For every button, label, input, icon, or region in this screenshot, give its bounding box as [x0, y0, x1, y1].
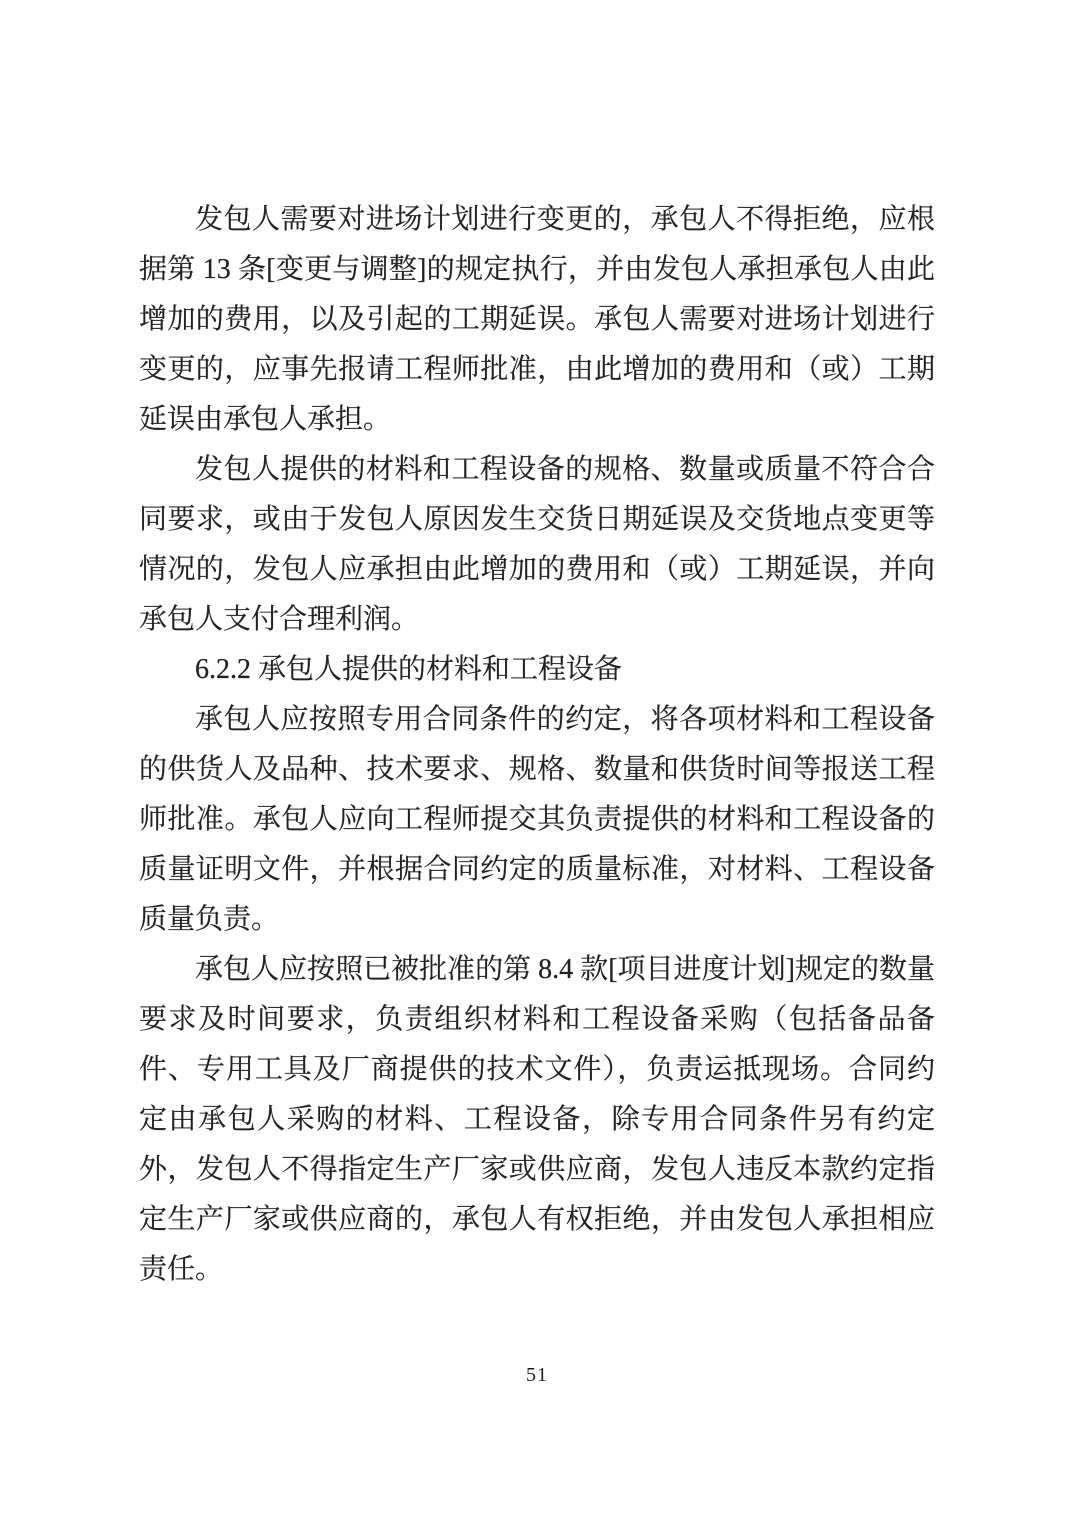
paragraph-contractor-procurement-obligations: 承包人应按照已被批准的第 8.4 款[项目进度计划]规定的数量要求及时间要求，负…	[139, 945, 935, 1295]
paragraph-employer-site-entry-plan-change: 发包人需要对进场计划进行变更的，承包人不得拒绝，应根据第 13 条[变更与调整]…	[139, 195, 935, 445]
document-body: 发包人需要对进场计划进行变更的，承包人不得拒绝，应根据第 13 条[变更与调整]…	[139, 195, 935, 1295]
paragraph-employer-supplied-materials-liability: 发包人提供的材料和工程设备的规格、数量或质量不符合合同要求，或由于发包人原因发生…	[139, 445, 935, 645]
document-page: 发包人需要对进场计划进行变更的，承包人不得拒绝，应根据第 13 条[变更与调整]…	[0, 0, 1074, 1520]
paragraph-contractor-materials-approval: 承包人应按照专用合同条件的约定，将各项材料和工程设备的供货人及品种、技术要求、规…	[139, 695, 935, 945]
section-heading-6-2-2: 6.2.2 承包人提供的材料和工程设备	[139, 645, 935, 695]
page-number: 51	[0, 1362, 1074, 1388]
